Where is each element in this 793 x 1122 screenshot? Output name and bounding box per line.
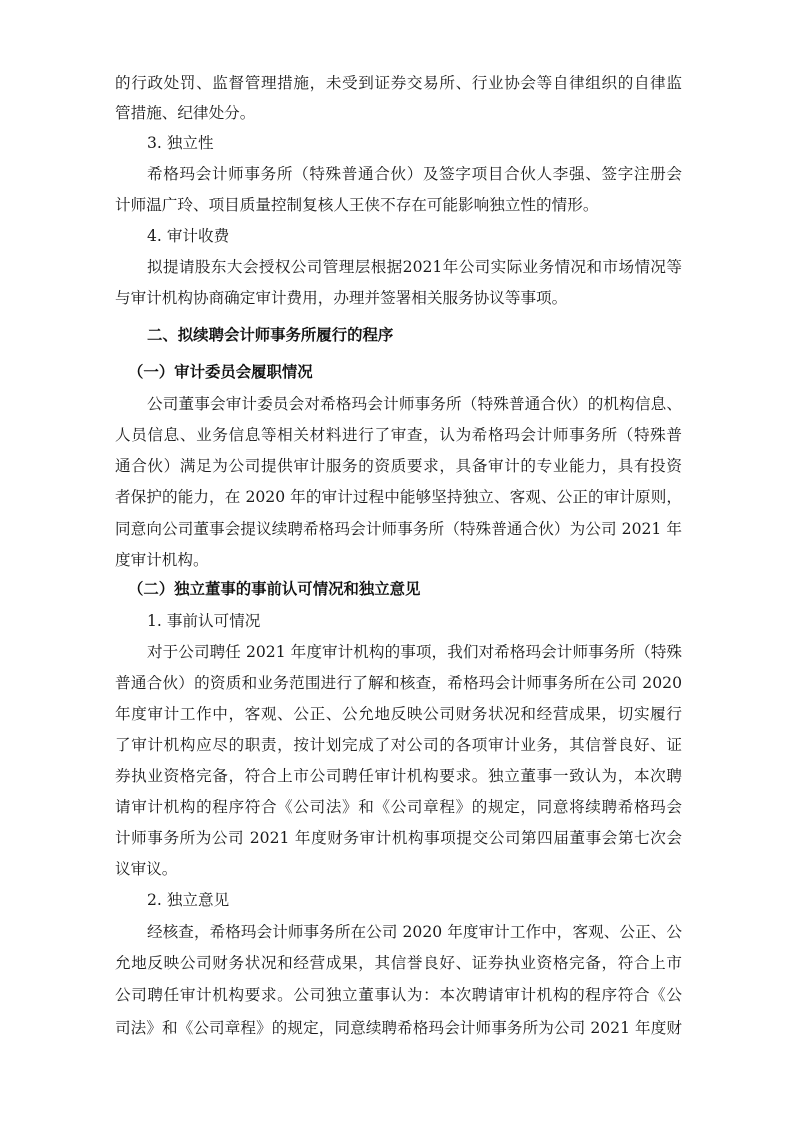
paragraph-line: 计师事务所为公司 2021 年度财务审计机构事项提交公司第四届董事会第七次会 <box>115 826 682 850</box>
item-title-independent-opinion: 2. 独立意见 <box>147 888 682 912</box>
paragraph-line: 请审计机构的程序符合《公司法》和《公司章程》的规定，同意将续聘希格玛会 <box>115 795 682 819</box>
paragraph-line: 管措施、纪律处分。 <box>115 101 682 125</box>
paragraph-line: 希格玛会计师事务所（特殊普通合伙）及签字项目合伙人李强、签字注册会 <box>147 162 682 186</box>
item-title-independence: 3. 独立性 <box>147 131 682 155</box>
paragraph-line: 对于公司聘任 2021 年度审计机构的事项，我们对希格玛会计师事务所（特殊 <box>147 640 682 664</box>
paragraph-line: 经核查，希格玛会计师事务所在公司 2020 年度审计工作中，客观、公正、公 <box>147 920 682 944</box>
subsection-heading-audit-committee: （一）审计委员会履职情况 <box>128 360 313 384</box>
paragraph-line: 公司董事会审计委员会对希格玛会计师事务所（特殊普通合伙）的机构信息、 <box>147 392 682 416</box>
paragraph-line: 年度审计工作中，客观、公正、公允地反映公司财务状况和经营成果，切实履行 <box>115 702 682 726</box>
paragraph-line: 议审议。 <box>115 857 682 881</box>
paragraph-line: 与审计机构协商确定审计费用，办理并签署相关服务协议等事项。 <box>115 286 682 310</box>
paragraph-line: 允地反映公司财务状况和经营成果，其信誉良好、证券执业资格完备，符合上市 <box>115 951 682 975</box>
paragraph-line: 普通合伙）的资质和业务范围进行了解和核查，希格玛会计师事务所在公司 2020 <box>115 671 682 695</box>
section-heading: 二、拟续聘会计师事务所履行的程序 <box>147 323 393 347</box>
item-title-prior-approval: 1. 事前认可情况 <box>147 609 682 633</box>
paragraph-line: 公司聘任审计机构要求。公司独立董事认为：本次聘请审计机构的程序符合《公 <box>115 983 682 1007</box>
subsection-heading-independent-directors: （二）独立董事的事前认可情况和独立意见 <box>128 577 420 601</box>
paragraph-line: 司法》和《公司章程》的规定，同意续聘希格玛会计师事务所为公司 2021 年度财 <box>115 1016 682 1040</box>
document-page: 的行政处罚、监督管理措施，未受到证券交易所、行业协会等自律组织的自律监 管措施、… <box>0 0 793 1122</box>
paragraph-line: 计师温广玲、项目质量控制复核人王侠不存在可能影响独立性的情形。 <box>115 193 682 217</box>
paragraph-line: 同意向公司董事会提议续聘希格玛会计师事务所（特殊普通合伙）为公司 2021 年 <box>115 517 682 541</box>
paragraph-line: 的行政处罚、监督管理措施，未受到证券交易所、行业协会等自律组织的自律监 <box>115 71 682 95</box>
paragraph-line: 者保护的能力，在 2020 年的审计过程中能够坚持独立、客观、公正的审计原则， <box>115 485 682 509</box>
paragraph-line: 了审计机构应尽的职责，按计划完成了对公司的各项审计业务，其信誉良好、证 <box>115 733 682 757</box>
paragraph-line: 拟提请股东大会授权公司管理层根据2021年公司实际业务情况和市场情况等 <box>147 255 682 279</box>
paragraph-line: 人员信息、业务信息等相关材料进行了审查，认为希格玛会计师事务所（特殊普 <box>115 423 682 447</box>
paragraph-line: 通合伙）满足为公司提供审计服务的资质要求，具备审计的专业能力，具有投资 <box>115 454 682 478</box>
item-title-audit-fee: 4. 审计收费 <box>147 224 682 248</box>
paragraph-line: 度审计机构。 <box>115 548 682 572</box>
paragraph-line: 券执业资格完备，符合上市公司聘任审计机构要求。独立董事一致认为，本次聘 <box>115 764 682 788</box>
